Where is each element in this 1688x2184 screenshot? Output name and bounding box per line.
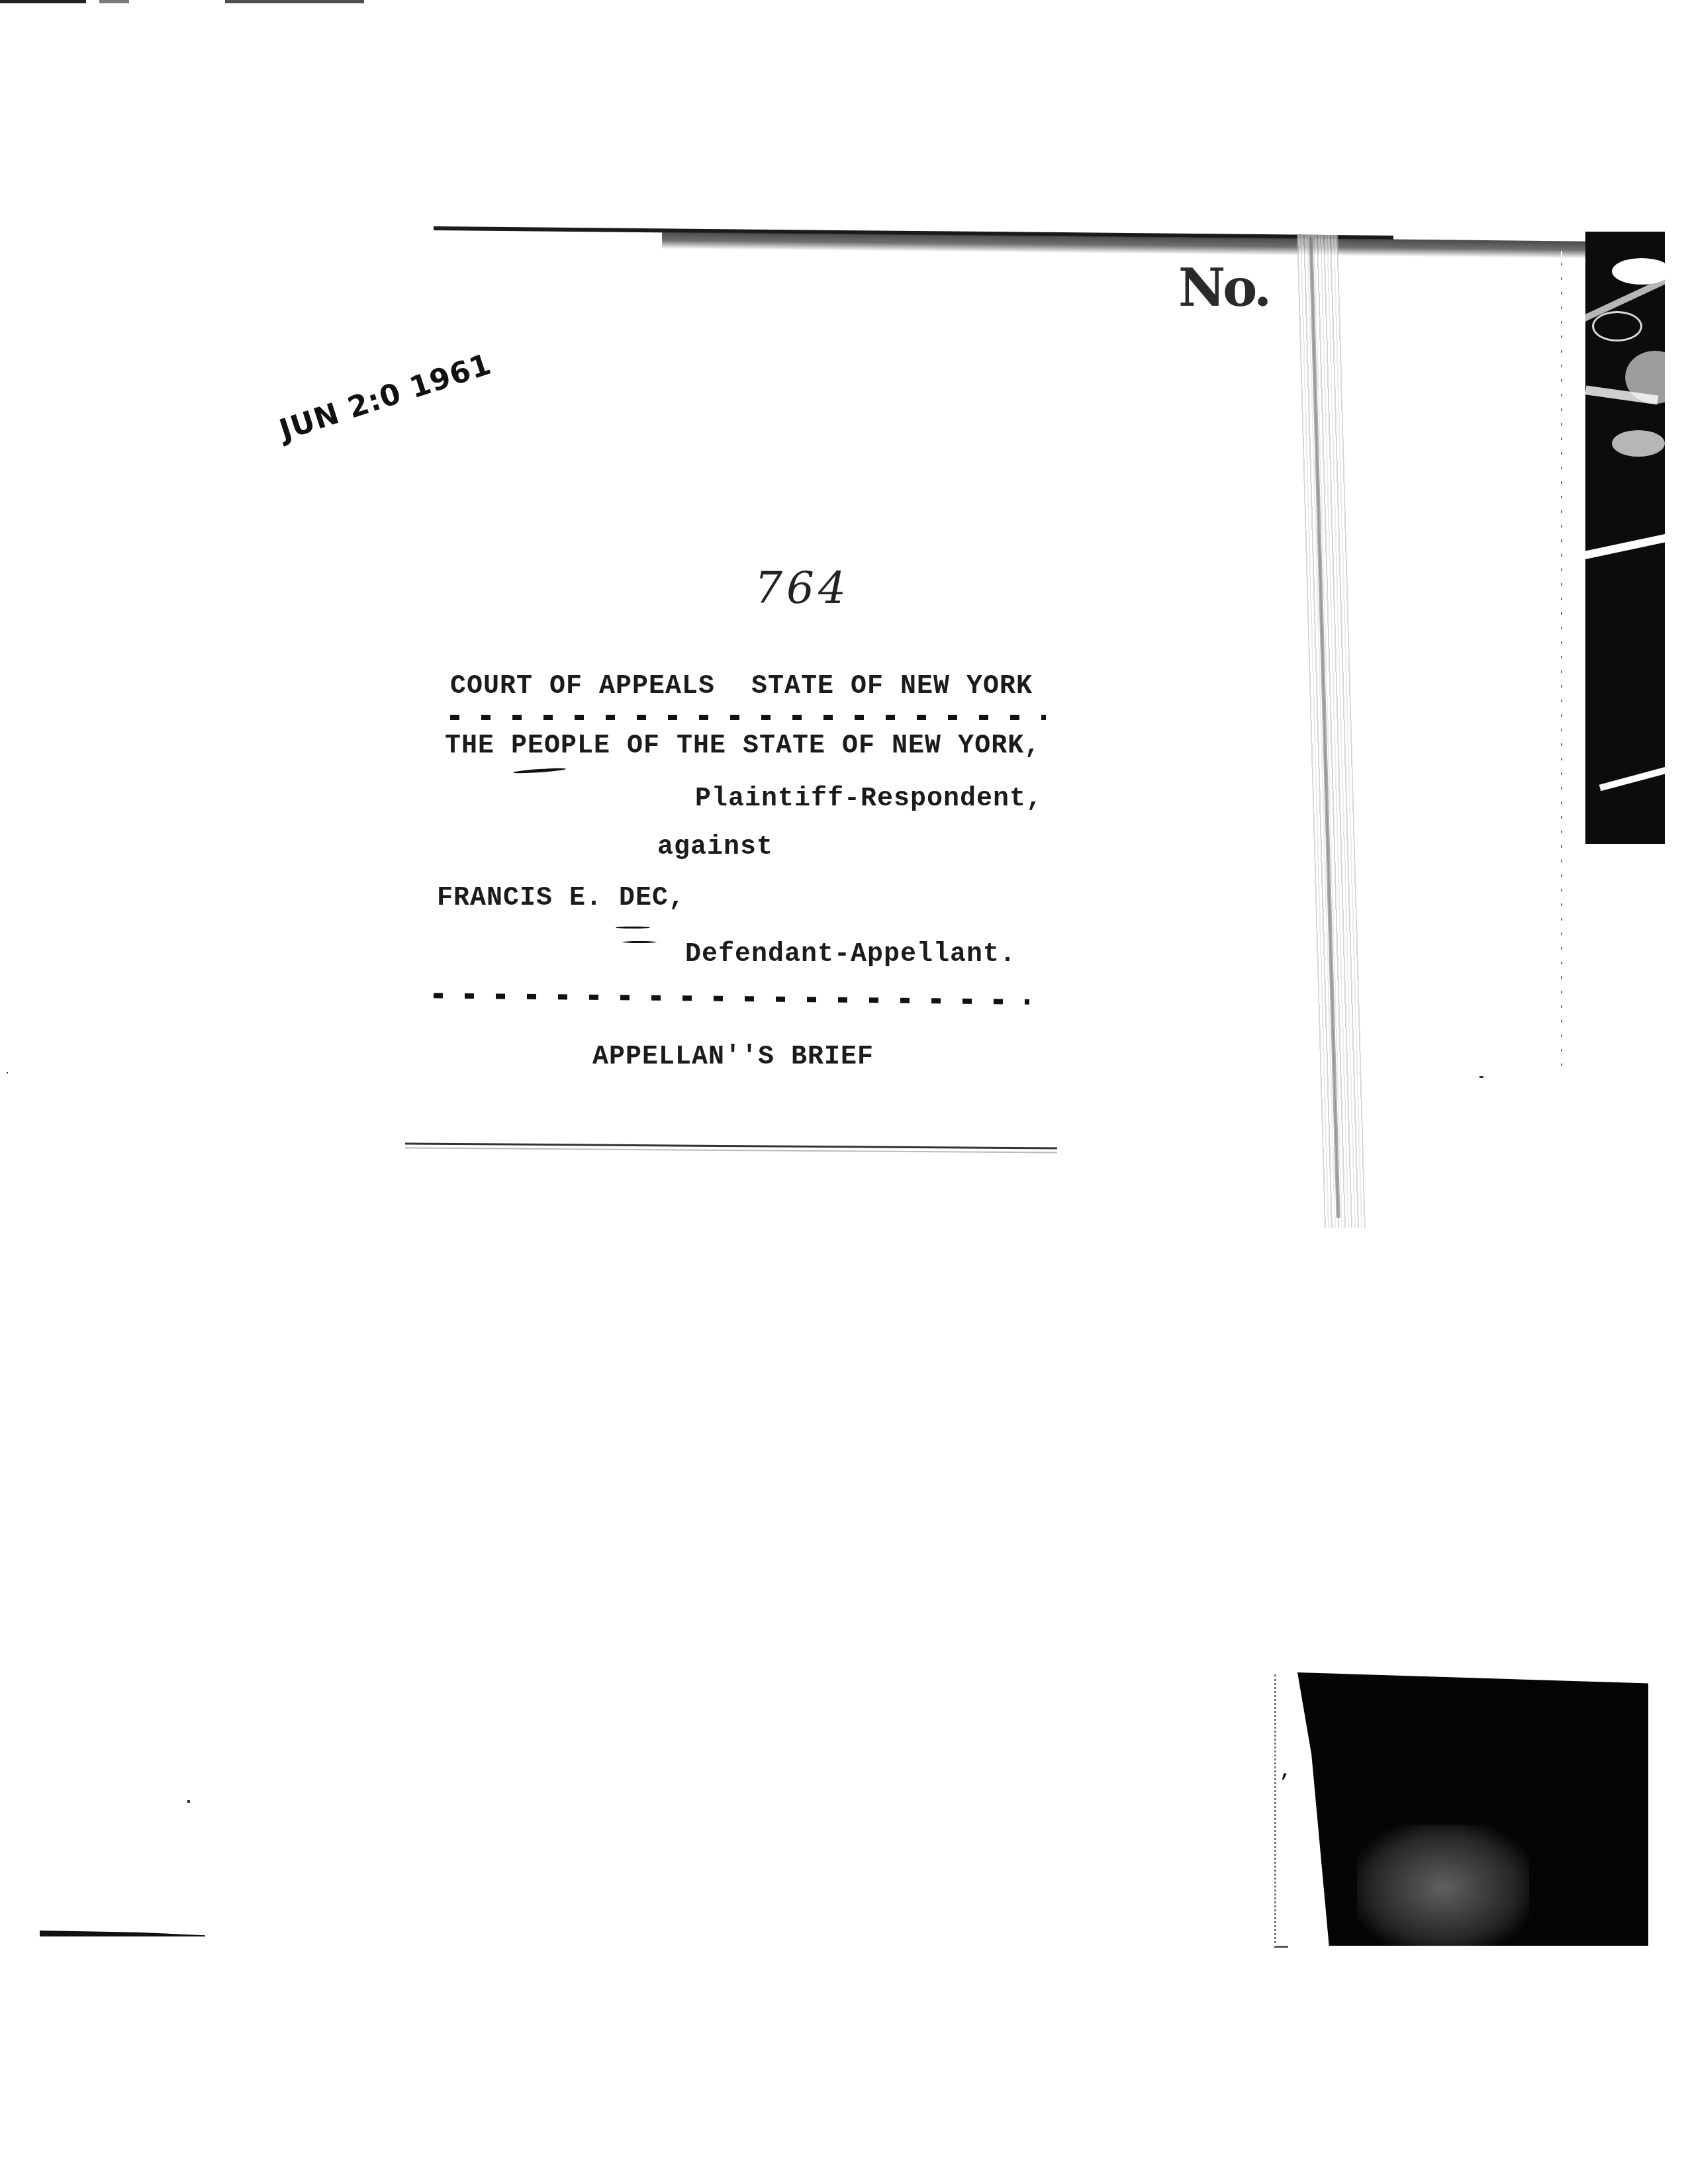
underline-mark	[616, 927, 650, 929]
separator-dashes	[434, 993, 1029, 1004]
defendant-name: FRANCIS E. DEC,	[437, 884, 685, 913]
plaintiff-name: THE PEOPLE OF THE STATE OF NEW YORK,	[445, 731, 1041, 761]
number-label-text: No.	[1178, 258, 1269, 318]
underline-mark	[622, 941, 657, 943]
scan-speck	[187, 1800, 190, 1803]
scan-edge-artifact	[0, 0, 86, 3]
dark-scan-region	[1297, 1672, 1648, 1946]
defendant-role: Defendant-Appellant.	[685, 940, 1016, 970]
scan-edge-artifact	[40, 1931, 205, 1936]
received-date-stamp: JUN 2:0 1961	[275, 347, 495, 447]
scan-edge-artifact	[225, 0, 364, 3]
number-label: No.	[1178, 258, 1269, 318]
underline-mark	[513, 767, 566, 774]
scan-edge-artifact	[99, 0, 129, 3]
scan-speck	[7, 1072, 8, 1073]
court-state: STATE OF NEW YORK	[751, 672, 1033, 702]
document-title: APPELLAN''S BRIEF	[592, 1042, 874, 1072]
marbled-cover-strip	[1585, 232, 1665, 844]
versus-text: against	[657, 833, 773, 862]
separator-dashes	[450, 715, 1046, 720]
scan-speck	[1479, 1076, 1483, 1078]
folder-spine	[1297, 235, 1366, 1228]
scan-speck: ,	[1280, 1760, 1291, 1783]
scan-light-patch	[1357, 1825, 1529, 1950]
handwritten-docket-number: 764	[755, 563, 850, 614]
plaintiff-role: Plaintiff-Respondent,	[695, 784, 1043, 814]
court-name: COURT OF APPEALS	[450, 672, 715, 702]
scan-margin-mark	[1274, 1674, 1288, 1948]
brief-cover-label: COURT OF APPEALS STATE OF NEW YORK THE P…	[404, 655, 1059, 1158]
perforation-line	[1561, 248, 1562, 1075]
